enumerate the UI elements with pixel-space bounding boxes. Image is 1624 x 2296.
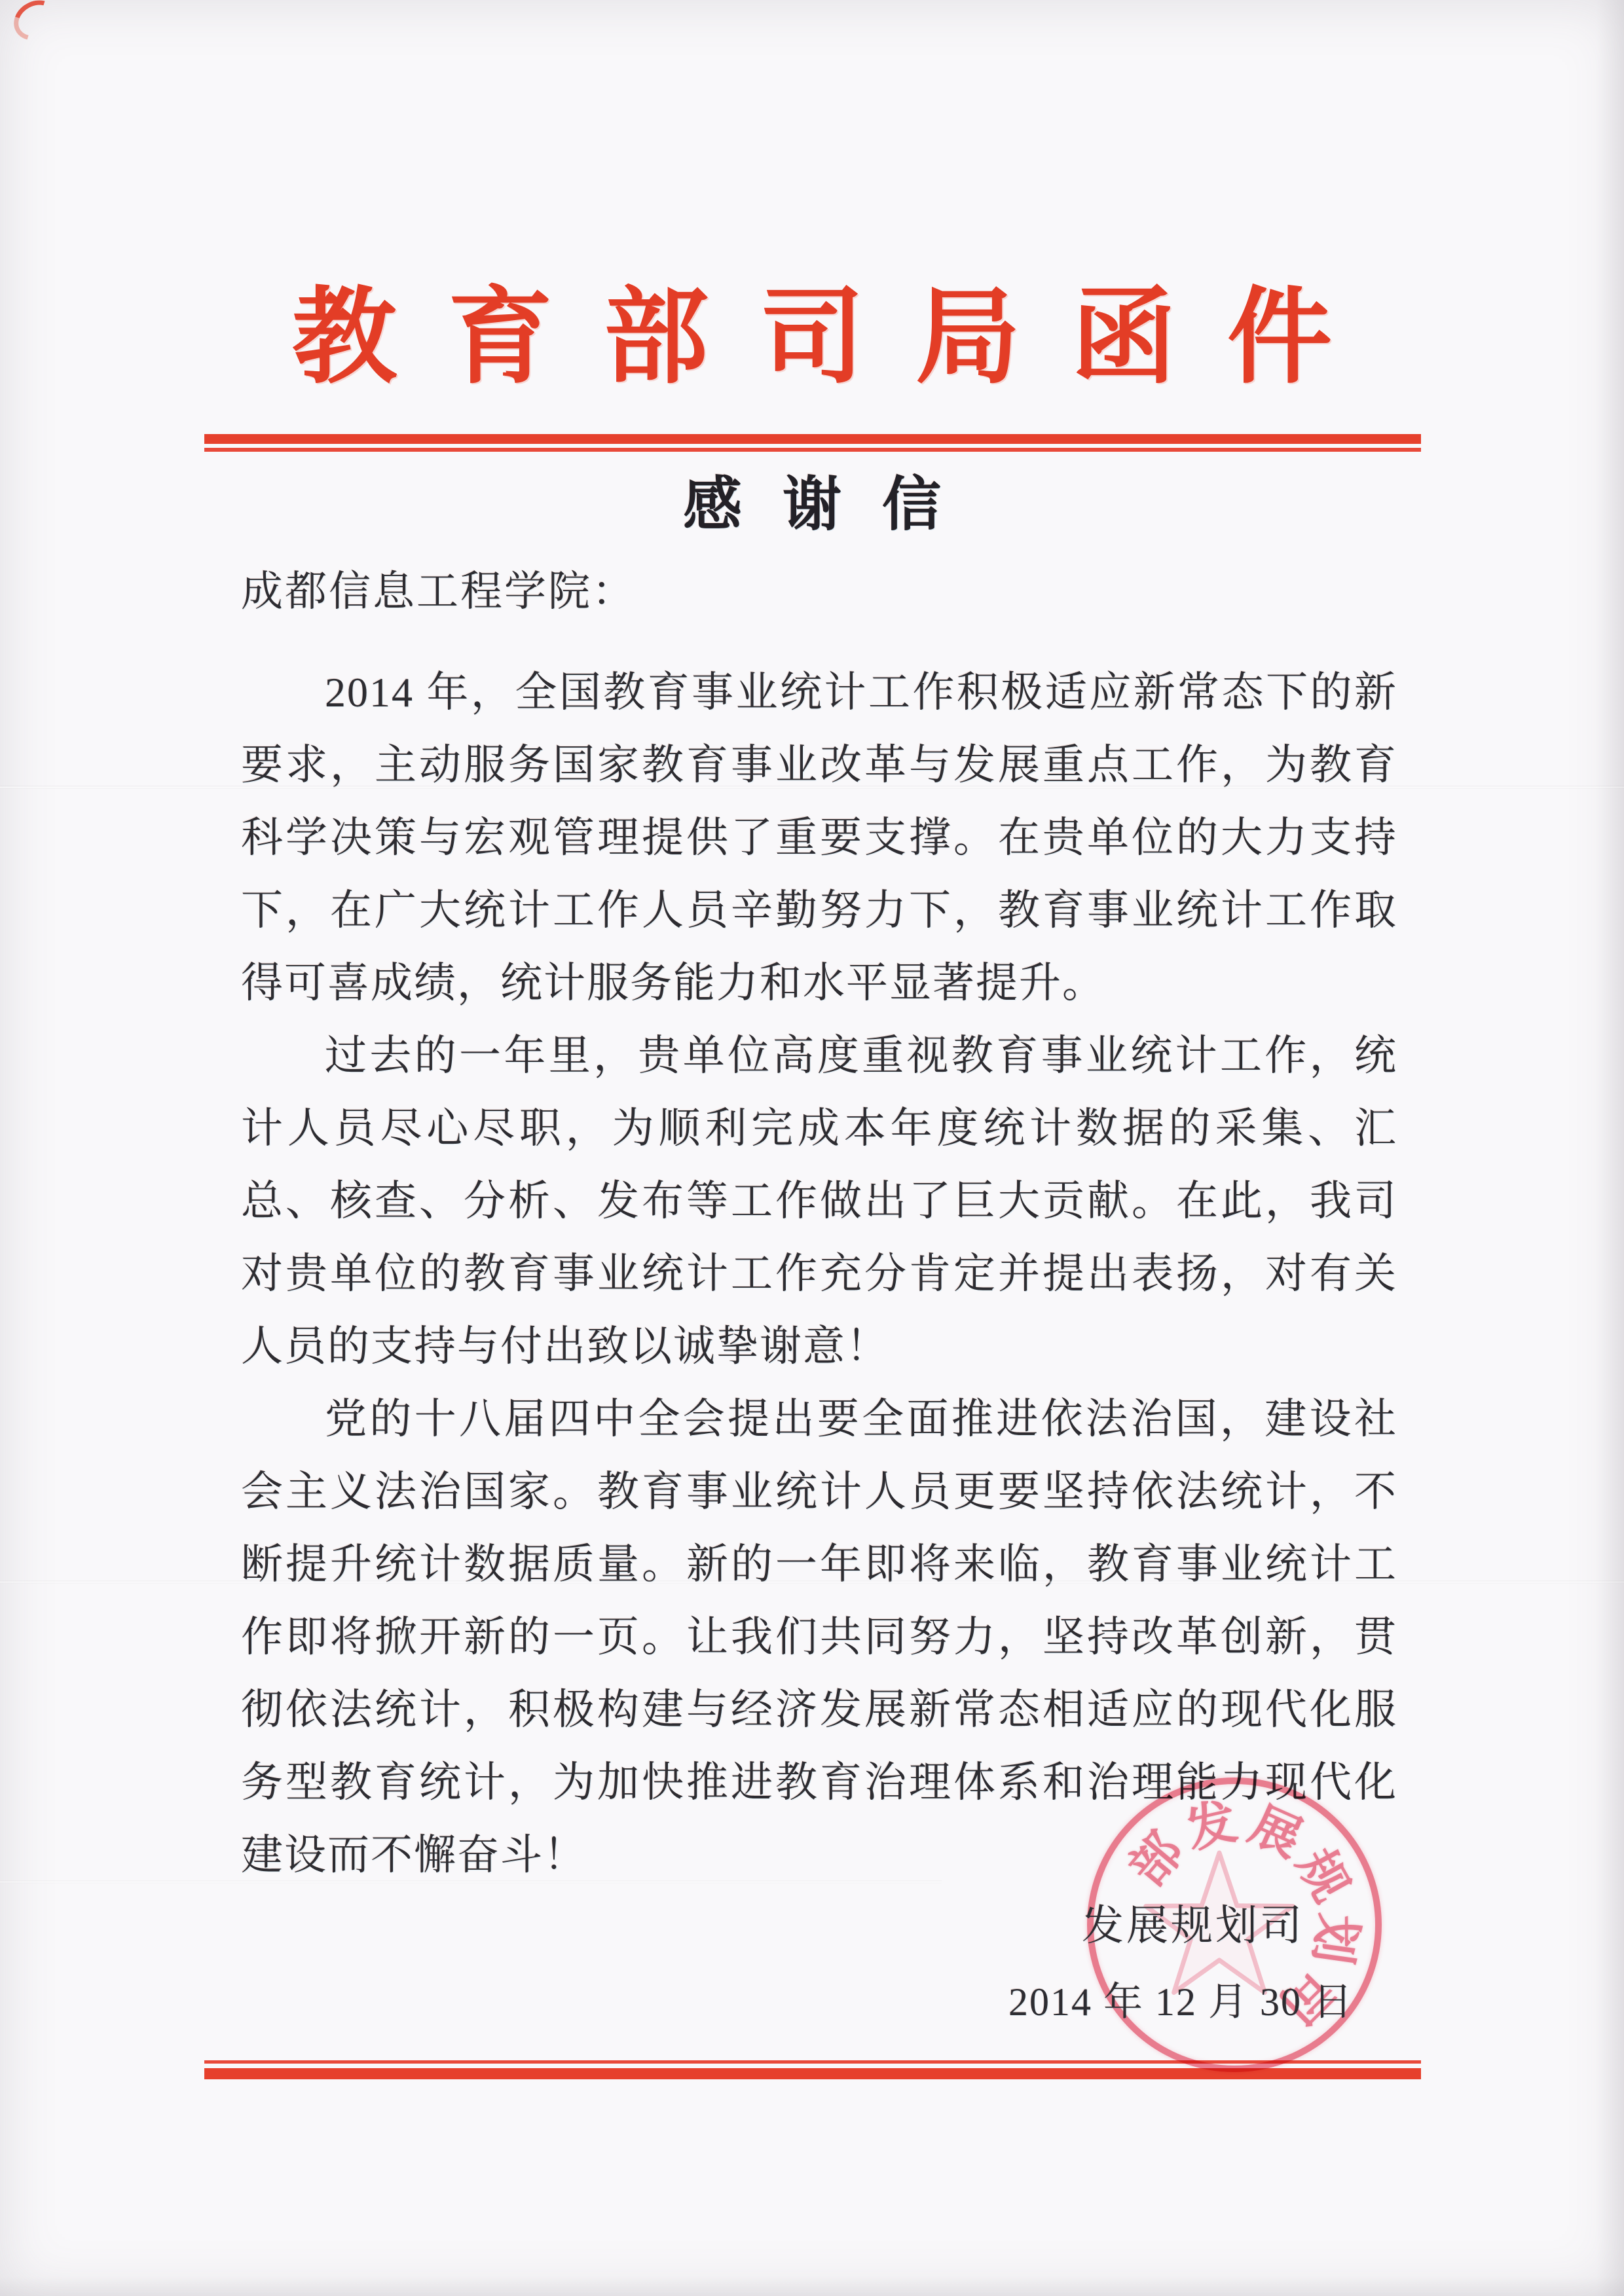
paragraph-2: 过去的一年里，贵单位高度重视教育事业统计工作，统计人员尽心尽职，为顺利完成本年度… [241, 1019, 1397, 1383]
header-divider-thin [204, 448, 1421, 452]
signature: 发展规划司 [1082, 1900, 1304, 1952]
scan-edge-shadow [1596, 0, 1624, 2296]
paragraph-1: 2014 年，全国教育事业统计工作积极适应新常态下的新要求，主动服务国家教育事业… [241, 656, 1397, 1019]
salutation: 成都信息工程学院： [241, 568, 636, 615]
date: 2014 年 12 月 30 日 [1008, 1977, 1354, 2027]
seal-arc-char: 划 [1301, 1910, 1378, 1969]
paper-crease [0, 1580, 1624, 1584]
paper-crease [0, 786, 1624, 789]
letter-title: 感谢信 [0, 473, 1624, 538]
scan-artifact-mark [7, 0, 65, 48]
letter-body: 2014 年，全国教育事业统计工作积极适应新常态下的新要求，主动服务国家教育事业… [241, 656, 1397, 1891]
header-divider-thick [204, 434, 1421, 444]
scan-edge-shadow [0, 2276, 1624, 2296]
letterhead-title: 教育部司局函件 [0, 285, 1624, 390]
letter-page: 教育部司局函件 感谢信 成都信息工程学院： 2014 年，全国教育事业统计工作积… [0, 0, 1624, 2296]
paper-crease [0, 1880, 942, 1884]
